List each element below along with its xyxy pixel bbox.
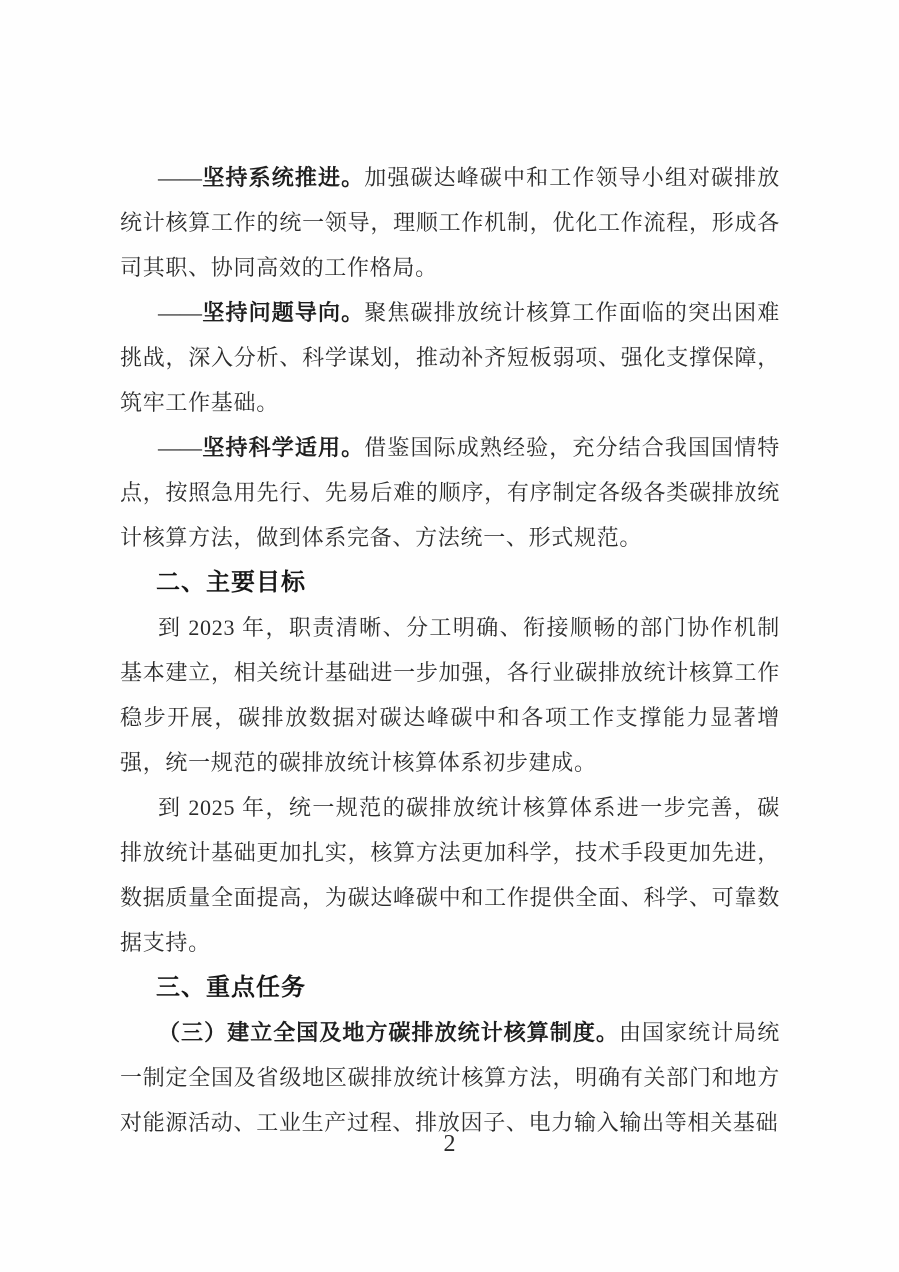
document-page: ——坚持系统推进。加强碳达峰碳中和工作领导小组对碳排放统计核算工作的统一领导，理…: [0, 0, 899, 1272]
section-heading-key-tasks: 三、重点任务: [120, 965, 780, 1010]
task-lead-3: （三）建立全国及地方碳排放统计核算制度。: [158, 1020, 619, 1045]
principle-lead-2: ——坚持问题导向。: [158, 300, 364, 325]
principle-item-1: ——坚持系统推进。加强碳达峰碳中和工作领导小组对碳排放统计核算工作的统一领导，理…: [120, 155, 780, 290]
principle-lead-1: ——坚持系统推进。: [158, 165, 364, 190]
page-number: 2: [444, 1131, 456, 1157]
principle-title-3: 坚持科学适用。: [202, 435, 364, 460]
em-dash: ——: [158, 165, 202, 190]
principle-item-3: ——坚持科学适用。借鉴国际成熟经验，充分结合我国国情特点，按照急用先行、先易后难…: [120, 425, 780, 560]
document-body: ——坚持系统推进。加强碳达峰碳中和工作领导小组对碳排放统计核算工作的统一领导，理…: [120, 155, 780, 1145]
principle-title-2: 坚持问题导向。: [202, 300, 364, 325]
em-dash: ——: [158, 435, 202, 460]
em-dash: ——: [158, 300, 202, 325]
page-footer: 2: [0, 1128, 899, 1160]
principle-lead-3: ——坚持科学适用。: [158, 435, 364, 460]
principle-item-2: ——坚持问题导向。聚焦碳排放统计核算工作面临的突出困难挑战，深入分析、科学谋划，…: [120, 290, 780, 425]
task-item-3: （三）建立全国及地方碳排放统计核算制度。由国家统计局统一制定全国及省级地区碳排放…: [120, 1010, 780, 1145]
principle-title-1: 坚持系统推进。: [202, 165, 364, 190]
goals-paragraph-2025: 到 2025 年，统一规范的碳排放统计核算体系进一步完善，碳排放统计基础更加扎实…: [120, 785, 780, 965]
goals-paragraph-2023: 到 2023 年，职责清晰、分工明确、衔接顺畅的部门协作机制基本建立，相关统计基…: [120, 605, 780, 785]
section-heading-main-goals: 二、主要目标: [120, 560, 780, 605]
